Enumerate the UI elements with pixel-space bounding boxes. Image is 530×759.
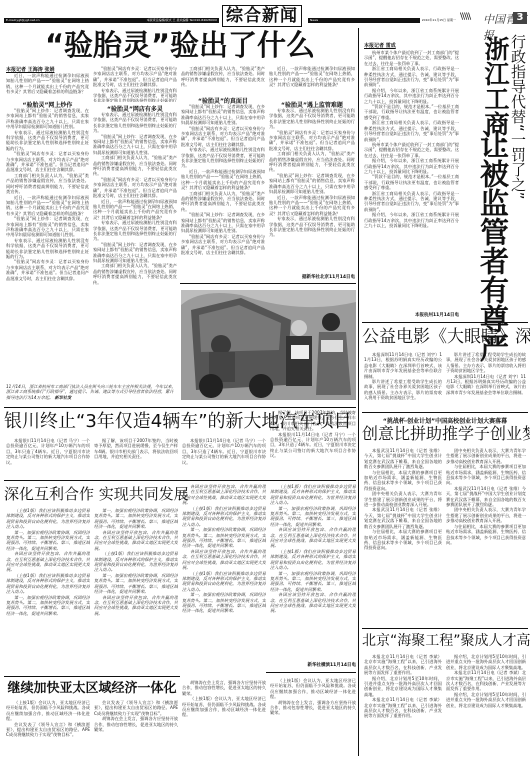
lead-headline: “验胎灵”验出了什么	[4, 28, 356, 62]
header-editor-info: 本版责任编辑/版式 王 美术编辑 Tel:010-84028XXX	[145, 18, 219, 23]
cooperation-credit: 新华社横滨11月14日电	[270, 662, 356, 668]
cooperation-top-divider	[4, 480, 356, 481]
cooperation-headline: 深化互利合作 实现共同发展	[4, 484, 180, 504]
cooperation-col1-text: （上接1版）我们应该积极推动多边贸易体制建设，反对各种形式的保护主义，推动实现贸…	[6, 508, 90, 673]
yinchuan-col4-text: 据了解，该项目于2007年签约，当时被寄予厚望，然而项目进展缓慢，至今仅生产样车…	[270, 410, 356, 476]
header-email: E-mail:ygt@ygt.net.cn	[4, 18, 42, 22]
yinchuan-col2-text: 据了解，该项目于2007年签约，当时被寄予厚望，然而项目进展缓慢，至今仅生产样车…	[94, 438, 178, 476]
photo-credit: 新华社发	[55, 395, 72, 400]
apec-col4-text: （上接1版）会议认为，亚太地区经济已经开始复苏，但仍面临不少风险和挑战。各成员应…	[270, 678, 356, 756]
right-kicker: 行政指导代替“一罚了之”	[508, 34, 529, 200]
film-headline: 公益电影《大眼睛》深圳首映	[362, 326, 528, 348]
right-article-text: 杭州市某个体户最近收到了一封工商部门的“提示函”，提醒他店招存在不规范之处，需要…	[364, 50, 459, 310]
apec-col2-text: 会议发表了《领导人宣言》和《横滨愿景》，提出构建亚太自由贸易区的路径。APEC成…	[94, 700, 178, 756]
right-byline: 本报记者 雷成	[364, 42, 396, 49]
header-date: 2010年11月15日 星期一	[420, 18, 458, 23]
right-column-divider	[358, 28, 359, 756]
cooperation-col3-text: 各国应该坚持开放包容、合作共赢的理念，在互利互惠基础上深化经济技术合作，共同应对…	[182, 484, 266, 673]
contest-top-divider	[362, 412, 528, 413]
photo-caption: 11月14日，浙江省杭州市工商部门执法人员在街头向三轮车车主宣传相关法规，今年以…	[6, 384, 176, 404]
header-top-bar-left: E-mail:ygt@ygt.net.cn 本版责任编辑/版式 王 美术编辑 T…	[4, 18, 219, 23]
contest-col2-text: 团中央相关负责人表示，大赛为青年学生搭建了展示创新创业成果的平台，将进一步推动高…	[446, 448, 526, 618]
apec-col1-text: （上接1版）会议认为，亚太地区经济已经开始复苏，但仍面临不少风险和挑战。各成员应…	[6, 700, 90, 756]
film-top-divider	[362, 322, 528, 323]
beijing-col2-text: 据介绍，北京计划用5至10年时间，引进并重点支持一批海外高层次人才回国创新创业，…	[446, 654, 526, 756]
page-number: 3	[513, 12, 527, 24]
beijing-headline: 北京“海聚工程”聚成人才高地	[362, 632, 528, 650]
yinchuan-top-divider	[4, 407, 356, 408]
cooperation-col2-text: 第一，加强宏观经济政策协调，巩固经济复苏势头。第二，加快转变经济发展方式，实现强…	[94, 508, 178, 673]
contest-headline: 创意比拼助推学子创业梦想	[362, 424, 528, 444]
lead-col2-text: 专家表示，通过尿液检测胎儿性别没有科学依据，这类产品不仅误导消费者，更可能助长非…	[93, 112, 177, 312]
photo-top-divider	[180, 283, 356, 284]
photo-scene-icon	[181, 290, 356, 400]
decorative-hatch-icon: \\\\\	[460, 12, 470, 22]
lead-byline: 本报记者 王海涛 张娟	[6, 66, 54, 73]
yinchuan-col1-text: 本报银川11月14日电（记者 马宁）一个总投资逾百亿元、计划年产10万辆汽车的项…	[6, 438, 90, 476]
section-title: 综合新闻	[222, 5, 302, 27]
right-credit: 本报杭州11月14日电	[364, 312, 459, 318]
beijing-top-divider	[362, 628, 528, 629]
contest-col1-text: 本报武汉11月14日电（记者 张维）今天，第七届“挑战杯”中国大学生创业计划竞赛…	[364, 448, 442, 618]
apec-headline: 继续加快亚太区域经济一体化	[4, 680, 180, 697]
film-col1-text: 本报深圳11月14日电（记者 刘宇）11月13日，根据苏明娟真实经历改编的公益电…	[364, 352, 442, 410]
beijing-col1-text: 本报北京11月14日电（记者 李斌）北京市实施“海聚工程”以来，已引进海外高层次…	[364, 654, 442, 756]
apec-top-divider-left	[4, 676, 180, 677]
lead-col4-text: 专家表示，通过尿液检测胎儿性别没有科学依据，这类产品不仅误导消费者，更可能助长非…	[269, 108, 355, 273]
lead-col1-text: “验胎灵”网上炒作：记者调查发现，在多家网站上都有“验胎灵”的销售信息，卖家声称…	[6, 108, 89, 312]
section-en-label: News	[308, 18, 320, 22]
cooperation-col4-text: （上接1版）我们应该积极推动多边贸易体制建设，反对各种形式的保护主义，推动实现贸…	[270, 484, 356, 660]
lead-col2-top: “验胎灵”网店有多灵：记者以买家身份与多家网店店主联系，对方均表示产品“绝对准确…	[93, 66, 177, 102]
yinchuan-col3-text: 本报银川11月14日电（记者 马宁）一个总投资逾百亿元、计划年产10万辆汽车的项…	[182, 438, 266, 476]
header-top-bar-right: News 2010年11月15日 星期一	[308, 18, 458, 23]
lead-col3-top: 工商部门相关负责人认为，“验胎灵”类产品的销售涉嫌虚假宣传，应当依法查处。同时呼…	[181, 66, 265, 94]
film-col2-text: 影片讲述了希望工程受助学生成长的故事，展现了社会各界关爱贫困地区孩子的感人情景。…	[446, 352, 526, 410]
apec-col3-text: 胡锦涛在会上发言，强调各方应坚持开放合作，推动包容性增长，促进亚太地区的持久繁荣…	[182, 680, 266, 756]
lead-col4-top: 近日，一款声称能通过检测孕妇尿液预知胎儿性别的产品——“验胎灵”在网络上热销，这…	[269, 66, 355, 100]
lead-col1-intro: 近日，一款声称能通过检测孕妇尿液预知胎儿性别的产品——“验胎灵”在网络上热销，这…	[6, 73, 89, 97]
lead-credit: 据新华社北京11月14日电	[269, 274, 355, 280]
news-photo	[181, 290, 356, 400]
apec-top-divider-right	[266, 672, 356, 673]
lead-col3-text: “验胎灵”网上炒作：记者调查发现，在多家网站上都有“验胎灵”的销售信息，卖家声称…	[181, 104, 265, 279]
yinchuan-headline: 银川终止“3年仅造4辆车”的新大地汽车项目	[4, 410, 266, 434]
